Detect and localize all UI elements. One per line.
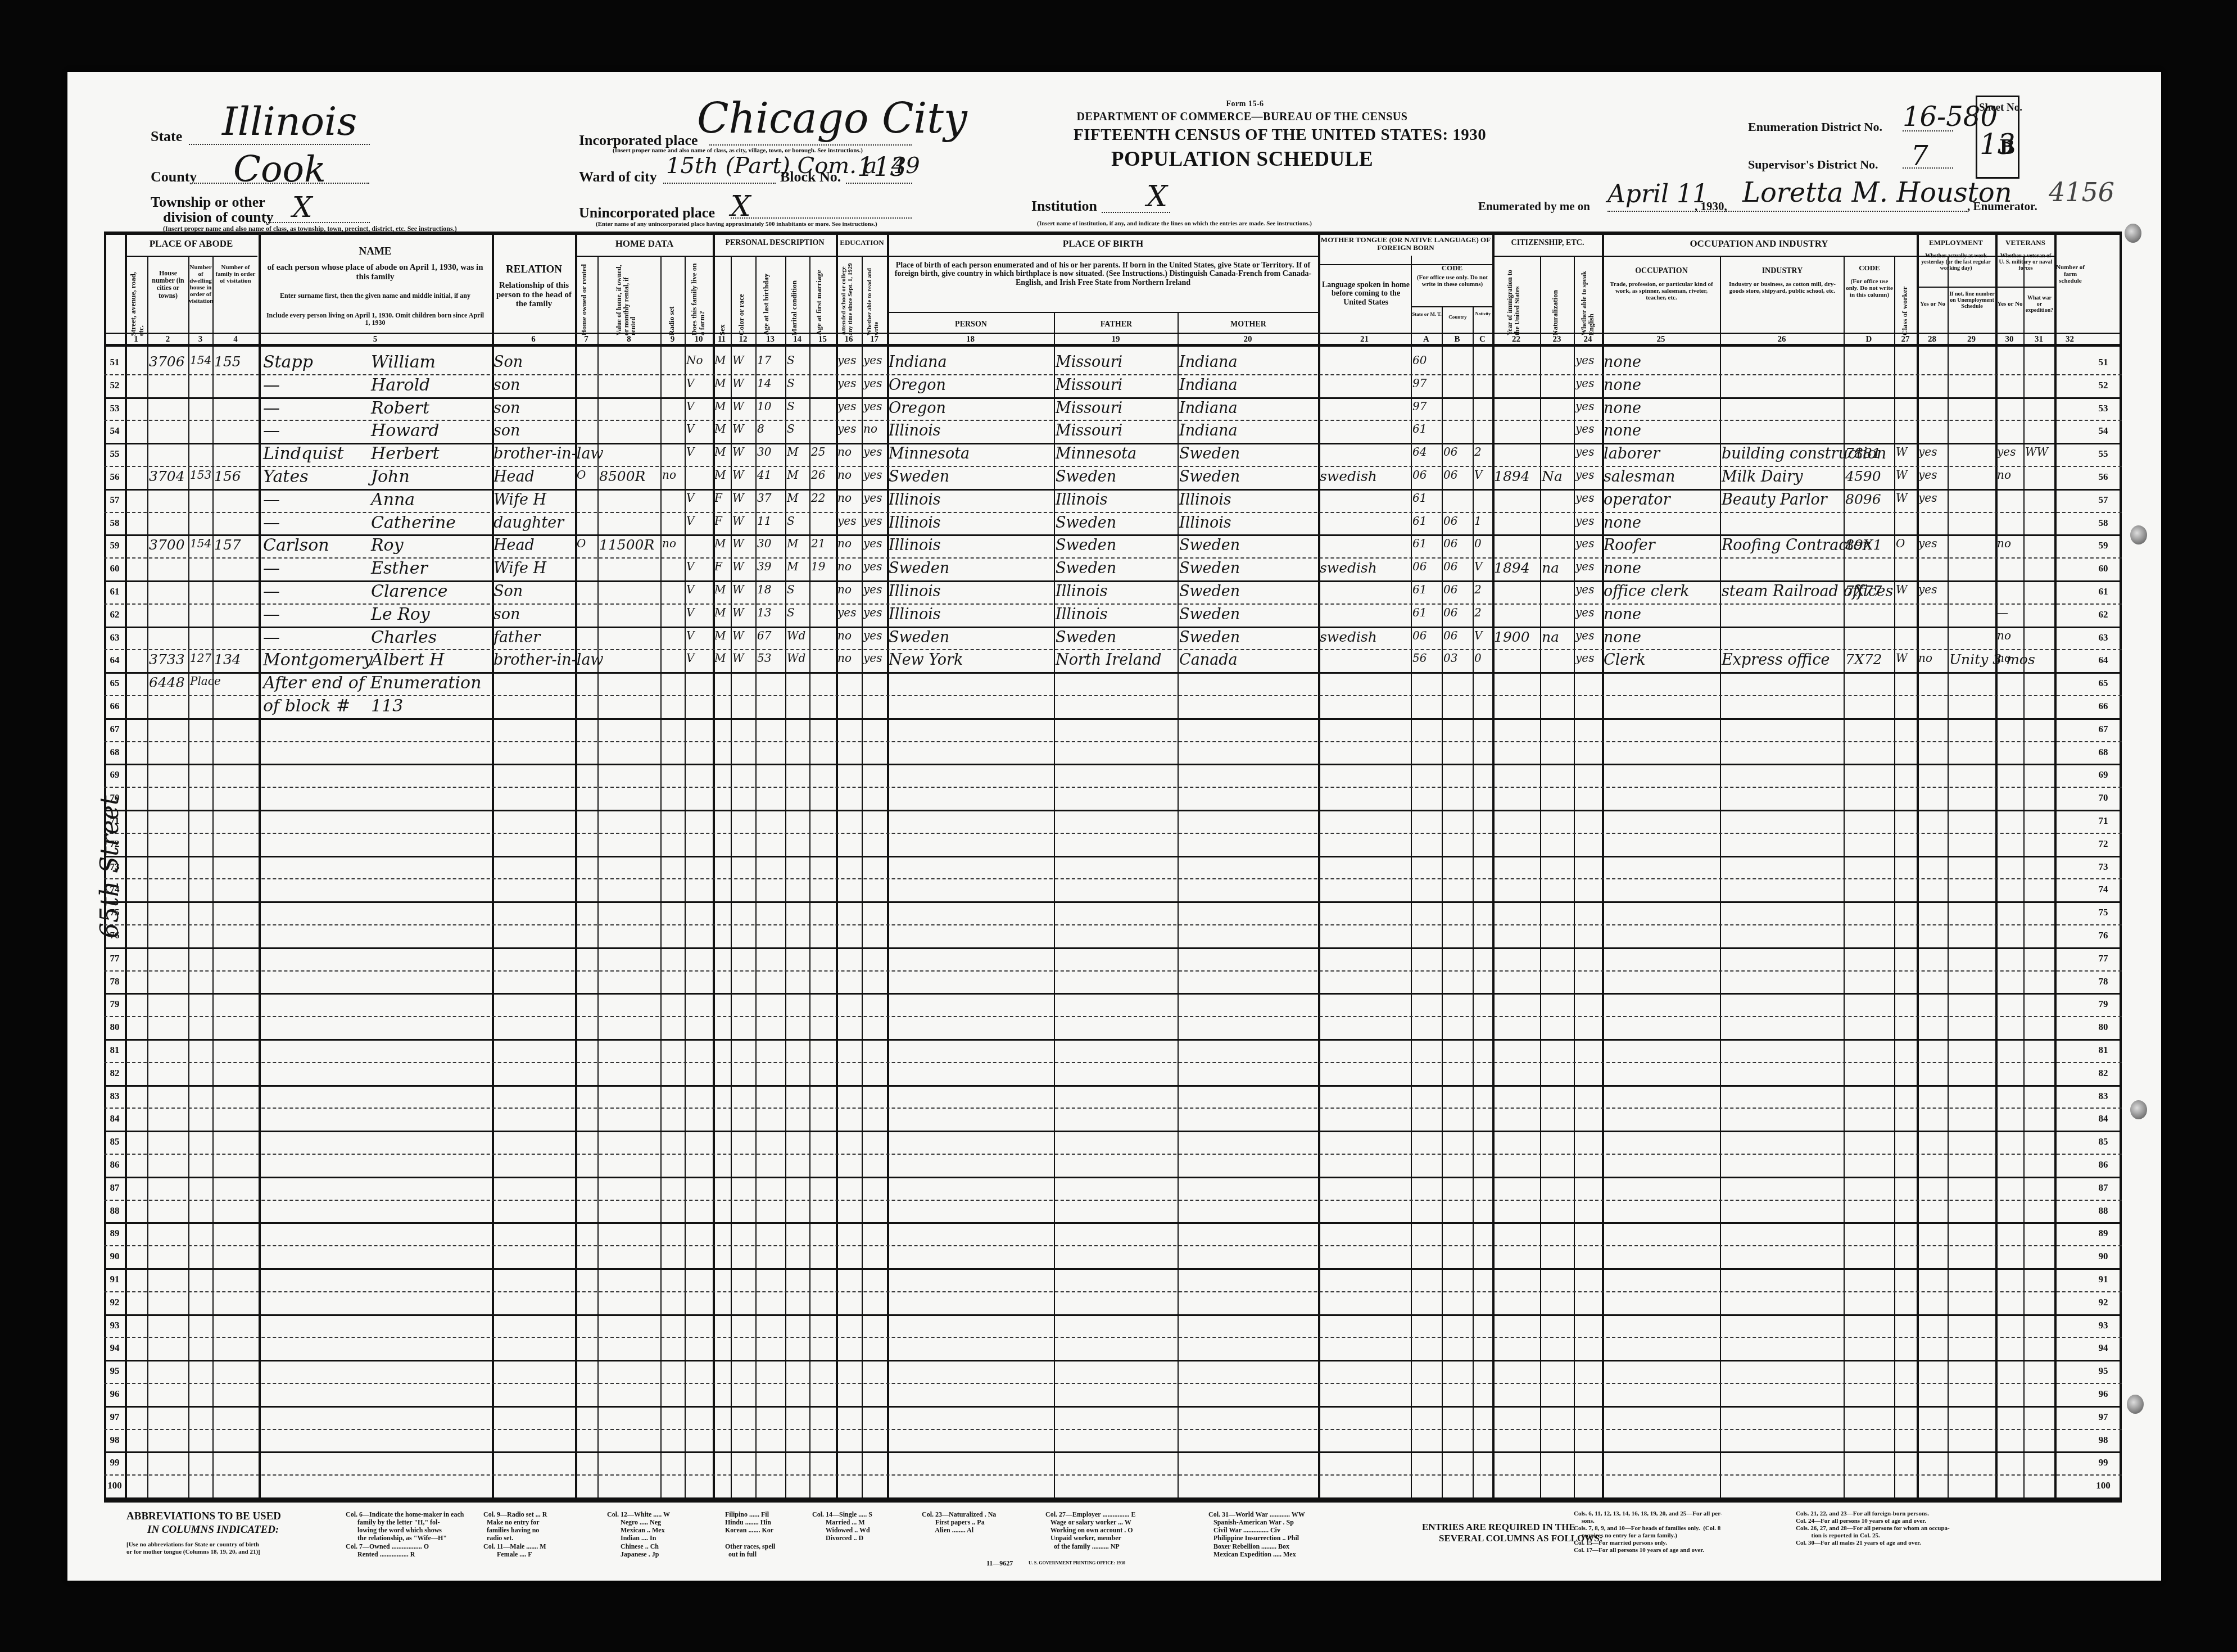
- cell-relation[interactable]: daughter: [493, 514, 564, 532]
- cell-sex[interactable]: F: [714, 514, 722, 528]
- cell-veteran[interactable]: no: [1997, 537, 2011, 550]
- cell-surname[interactable]: After end of Enumeration: [263, 673, 481, 693]
- cell-race[interactable]: W: [732, 422, 744, 435]
- county-value[interactable]: Cook: [233, 149, 326, 190]
- cell-codeC[interactable]: 2: [1474, 583, 1482, 596]
- cell-sex[interactable]: F: [714, 491, 722, 505]
- incorporated-value[interactable]: Chicago City: [697, 94, 967, 143]
- cell-age-marriage[interactable]: 22: [811, 491, 825, 505]
- cell-family[interactable]: 156: [214, 468, 241, 484]
- cell-given-name[interactable]: Clarence: [371, 582, 447, 601]
- cell-surname[interactable]: —: [263, 559, 280, 578]
- cell-read[interactable]: yes: [863, 376, 882, 390]
- cell-relation[interactable]: son: [493, 422, 520, 439]
- cell-age[interactable]: 30: [757, 537, 771, 550]
- cell-race[interactable]: W: [732, 400, 744, 413]
- cell-given-name[interactable]: Roy: [371, 535, 404, 555]
- cell-age[interactable]: 10: [757, 400, 771, 413]
- cell-given-name[interactable]: Charles: [371, 628, 437, 647]
- cell-sex[interactable]: M: [714, 606, 726, 619]
- cell-school[interactable]: no: [837, 651, 852, 665]
- cell-race[interactable]: W: [732, 468, 744, 482]
- cell-marital[interactable]: S: [787, 583, 795, 596]
- cell-pob-mother[interactable]: Indiana: [1179, 376, 1238, 394]
- cell-value[interactable]: 8500R: [599, 468, 645, 484]
- cell-pob-father[interactable]: Missouri: [1056, 353, 1122, 371]
- cell-age[interactable]: 18: [757, 583, 771, 596]
- cell-farm[interactable]: V: [686, 560, 694, 573]
- cell-marital[interactable]: M: [787, 560, 798, 573]
- cell-age[interactable]: 17: [757, 353, 771, 367]
- cell-relation[interactable]: Wife H: [493, 491, 546, 509]
- cell-language[interactable]: swedish: [1320, 468, 1377, 484]
- cell-pob-mother[interactable]: Sweden: [1179, 629, 1240, 646]
- cell-at-work[interactable]: yes: [1918, 445, 1937, 459]
- cell-pob-mother[interactable]: Sweden: [1179, 606, 1240, 623]
- cell-pob[interactable]: Illinois: [889, 422, 941, 439]
- cell-class[interactable]: W: [1896, 445, 1908, 459]
- cell-at-work[interactable]: yes: [1918, 537, 1937, 550]
- cell-read[interactable]: yes: [863, 583, 882, 596]
- cell-given-name[interactable]: Albert H: [371, 650, 444, 670]
- cell-english[interactable]: yes: [1575, 353, 1594, 367]
- cell-relation[interactable]: Son: [493, 353, 523, 371]
- cell-farm[interactable]: V: [686, 583, 694, 596]
- cell-immigration[interactable]: 1894: [1494, 560, 1530, 576]
- cell-read[interactable]: yes: [863, 400, 882, 413]
- cell-age[interactable]: 37: [757, 491, 771, 505]
- cell-read[interactable]: yes: [863, 445, 882, 459]
- cell-veteran[interactable]: no: [1997, 651, 2011, 665]
- cell-codeD[interactable]: 4590: [1845, 468, 1881, 484]
- cell-farm[interactable]: V: [686, 491, 694, 505]
- cell-pob[interactable]: Illinois: [889, 491, 941, 509]
- cell-given-name[interactable]: Le Roy: [371, 605, 430, 624]
- cell-english[interactable]: yes: [1575, 376, 1594, 390]
- cell-school[interactable]: no: [837, 468, 852, 482]
- cell-age[interactable]: 14: [757, 376, 771, 390]
- cell-class[interactable]: W: [1896, 468, 1908, 482]
- institution-value[interactable]: X: [1147, 180, 1167, 214]
- cell-pob[interactable]: Sweden: [889, 468, 949, 485]
- cell-school[interactable]: yes: [837, 353, 856, 367]
- cell-marital[interactable]: Wd: [787, 651, 805, 665]
- cell-occupation[interactable]: none: [1604, 400, 1641, 417]
- cell-surname[interactable]: of block #: [263, 696, 350, 716]
- cell-age[interactable]: 13: [757, 606, 771, 619]
- cell-race[interactable]: W: [732, 560, 744, 573]
- cell-relation[interactable]: father: [493, 629, 540, 646]
- cell-given-name[interactable]: Robert: [371, 398, 429, 418]
- supervisor-value[interactable]: 7: [1911, 140, 1928, 172]
- cell-surname[interactable]: —: [263, 490, 280, 510]
- cell-english[interactable]: yes: [1575, 400, 1594, 413]
- cell-codeD[interactable]: 7X77: [1845, 583, 1882, 599]
- cell-unemp-line[interactable]: Unity 3 mos: [1949, 651, 2035, 668]
- cell-occupation[interactable]: salesman: [1604, 468, 1676, 485]
- cell-codeC[interactable]: 1: [1474, 514, 1482, 528]
- cell-codeB[interactable]: 06: [1443, 537, 1457, 550]
- cell-english[interactable]: yes: [1575, 606, 1594, 619]
- cell-naturalization[interactable]: na: [1542, 629, 1559, 645]
- cell-relation[interactable]: Wife H: [493, 560, 546, 577]
- cell-read[interactable]: yes: [863, 514, 882, 528]
- cell-codeA[interactable]: 06: [1412, 560, 1427, 573]
- cell-surname[interactable]: —: [263, 513, 280, 533]
- cell-english[interactable]: yes: [1575, 491, 1594, 505]
- cell-pob-father[interactable]: Illinois: [1056, 583, 1108, 600]
- cell-sex[interactable]: F: [714, 560, 722, 573]
- cell-value[interactable]: 11500R: [599, 537, 654, 553]
- cell-pob[interactable]: Sweden: [889, 629, 949, 646]
- cell-surname[interactable]: Carlson: [263, 535, 329, 555]
- cell-age[interactable]: 11: [757, 514, 771, 528]
- cell-marital[interactable]: S: [787, 606, 795, 619]
- cell-pob-father[interactable]: Sweden: [1056, 468, 1116, 485]
- cell-codeC[interactable]: V: [1474, 560, 1482, 573]
- cell-marital[interactable]: S: [787, 376, 795, 390]
- cell-farm[interactable]: V: [686, 514, 694, 528]
- cell-given-name[interactable]: Catherine: [371, 513, 456, 533]
- cell-race[interactable]: W: [732, 537, 744, 550]
- cell-occupation[interactable]: office clerk: [1604, 583, 1690, 600]
- cell-surname[interactable]: —: [263, 421, 280, 441]
- cell-occupation[interactable]: none: [1604, 514, 1641, 532]
- cell-sex[interactable]: M: [714, 583, 726, 596]
- cell-codeD[interactable]: 8096: [1845, 491, 1881, 507]
- cell-house[interactable]: 3733: [149, 651, 185, 668]
- cell-pob-father[interactable]: Missouri: [1056, 400, 1122, 417]
- cell-sex[interactable]: M: [714, 651, 726, 665]
- cell-surname[interactable]: —: [263, 375, 280, 395]
- cell-pob-mother[interactable]: Sweden: [1179, 583, 1240, 600]
- cell-codeD[interactable]: 7X72: [1845, 651, 1882, 668]
- cell-pob-mother[interactable]: Illinois: [1179, 491, 1231, 509]
- block-value[interactable]: 113: [857, 152, 907, 182]
- cell-pob-mother[interactable]: Canada: [1179, 651, 1238, 669]
- cell-occupation[interactable]: none: [1604, 422, 1641, 439]
- cell-pob-mother[interactable]: Sweden: [1179, 468, 1240, 485]
- cell-pob-mother[interactable]: Indiana: [1179, 400, 1238, 417]
- cell-given-name[interactable]: John: [371, 467, 410, 487]
- cell-english[interactable]: yes: [1575, 629, 1594, 642]
- cell-marital[interactable]: M: [787, 445, 798, 459]
- cell-surname[interactable]: —: [263, 582, 280, 601]
- cell-read[interactable]: yes: [863, 353, 882, 367]
- cell-naturalization[interactable]: Na: [1542, 468, 1563, 484]
- cell-farm[interactable]: V: [686, 400, 694, 413]
- cell-english[interactable]: yes: [1575, 583, 1594, 596]
- cell-race[interactable]: W: [732, 651, 744, 665]
- cell-english[interactable]: yes: [1575, 445, 1594, 459]
- cell-immigration[interactable]: 1894: [1494, 468, 1530, 484]
- cell-pob-father[interactable]: Illinois: [1056, 491, 1108, 509]
- cell-school[interactable]: yes: [837, 606, 856, 619]
- cell-industry[interactable]: Beauty Parlor: [1722, 491, 1827, 509]
- cell-pob[interactable]: Oregon: [889, 376, 946, 394]
- cell-codeD[interactable]: 89X1: [1845, 537, 1882, 553]
- cell-pob[interactable]: Sweden: [889, 560, 949, 577]
- cell-family[interactable]: 134: [214, 651, 241, 668]
- cell-pob[interactable]: Illinois: [889, 537, 941, 554]
- cell-veteran[interactable]: no: [1997, 468, 2011, 482]
- cell-pob-father[interactable]: Illinois: [1056, 606, 1108, 623]
- cell-codeA[interactable]: 61: [1412, 514, 1427, 528]
- cell-age-marriage[interactable]: 19: [811, 560, 825, 573]
- cell-school[interactable]: yes: [837, 400, 856, 413]
- cell-codeB[interactable]: 06: [1443, 629, 1457, 642]
- cell-school[interactable]: yes: [837, 422, 856, 435]
- cell-pob[interactable]: Illinois: [889, 606, 941, 623]
- cell-read[interactable]: yes: [863, 537, 882, 550]
- cell-marital[interactable]: S: [787, 422, 795, 435]
- cell-marital[interactable]: S: [787, 400, 795, 413]
- enumerated-date[interactable]: April 11: [1607, 180, 1708, 208]
- cell-codeA[interactable]: 56: [1412, 651, 1427, 665]
- cell-given-name[interactable]: Anna: [371, 490, 415, 510]
- cell-surname[interactable]: Stapp: [263, 352, 313, 372]
- cell-veteran[interactable]: yes: [1997, 445, 2016, 459]
- cell-marital[interactable]: M: [787, 537, 798, 550]
- cell-given-name[interactable]: Esther: [371, 559, 428, 578]
- cell-sex[interactable]: M: [714, 629, 726, 642]
- cell-pob-father[interactable]: Sweden: [1056, 560, 1116, 577]
- cell-school[interactable]: no: [837, 583, 852, 596]
- cell-age[interactable]: 41: [757, 468, 771, 482]
- cell-pob[interactable]: Illinois: [889, 514, 941, 532]
- cell-dwelling[interactable]: 154: [190, 537, 211, 550]
- cell-relation[interactable]: son: [493, 400, 520, 417]
- township-value[interactable]: X: [292, 191, 313, 224]
- cell-age[interactable]: 53: [757, 651, 771, 665]
- cell-at-work[interactable]: yes: [1918, 468, 1937, 482]
- cell-pob-father[interactable]: Missouri: [1056, 422, 1122, 439]
- cell-relation[interactable]: Son: [493, 583, 523, 600]
- cell-race[interactable]: W: [732, 491, 744, 505]
- cell-codeB[interactable]: 06: [1443, 583, 1457, 596]
- cell-school[interactable]: no: [837, 629, 852, 642]
- cell-house[interactable]: 6448: [149, 674, 185, 691]
- cell-class[interactable]: O: [1896, 537, 1905, 550]
- cell-given-name[interactable]: Herbert: [371, 444, 440, 464]
- cell-occupation[interactable]: none: [1604, 606, 1641, 623]
- cell-marital[interactable]: M: [787, 468, 798, 482]
- cell-veteran[interactable]: —: [1997, 606, 2008, 619]
- cell-english[interactable]: yes: [1575, 468, 1594, 482]
- cell-age[interactable]: 8: [757, 422, 764, 435]
- cell-age-marriage[interactable]: 21: [811, 537, 825, 550]
- cell-occupation[interactable]: laborer: [1604, 445, 1660, 462]
- cell-english[interactable]: yes: [1575, 560, 1594, 573]
- cell-school[interactable]: no: [837, 445, 852, 459]
- cell-pob-father[interactable]: Minnesota: [1056, 445, 1136, 462]
- cell-farm[interactable]: V: [686, 606, 694, 619]
- cell-english[interactable]: yes: [1575, 422, 1594, 435]
- state-value[interactable]: Illinois: [222, 98, 357, 144]
- cell-occupation[interactable]: Roofer: [1604, 537, 1655, 554]
- cell-school[interactable]: yes: [837, 514, 856, 528]
- cell-at-work[interactable]: yes: [1918, 491, 1937, 505]
- cell-english[interactable]: yes: [1575, 651, 1594, 665]
- cell-codeC[interactable]: 2: [1474, 445, 1482, 459]
- cell-pob[interactable]: Illinois: [889, 583, 941, 600]
- cell-pob-mother[interactable]: Illinois: [1179, 514, 1231, 532]
- cell-pob[interactable]: Oregon: [889, 400, 946, 417]
- cell-pob[interactable]: Minnesota: [889, 445, 970, 462]
- cell-occupation[interactable]: Clerk: [1604, 651, 1646, 669]
- cell-surname[interactable]: —: [263, 605, 280, 624]
- cell-farm[interactable]: V: [686, 651, 694, 665]
- cell-codeA[interactable]: 97: [1412, 400, 1427, 413]
- cell-pob-father[interactable]: Sweden: [1056, 514, 1116, 532]
- cell-pob-mother[interactable]: Indiana: [1179, 422, 1238, 439]
- cell-naturalization[interactable]: na: [1542, 560, 1559, 576]
- cell-race[interactable]: W: [732, 606, 744, 619]
- cell-read[interactable]: yes: [863, 468, 882, 482]
- cell-codeA[interactable]: 06: [1412, 468, 1427, 482]
- cell-marital[interactable]: M: [787, 491, 798, 505]
- cell-school[interactable]: yes: [837, 376, 856, 390]
- cell-dwelling[interactable]: 127: [190, 651, 211, 665]
- cell-pob-mother[interactable]: Indiana: [1179, 353, 1238, 371]
- cell-industry[interactable]: Express office: [1722, 651, 1830, 669]
- cell-codeB[interactable]: 06: [1443, 514, 1457, 528]
- cell-dwelling[interactable]: 153: [190, 468, 211, 482]
- cell-age[interactable]: 30: [757, 445, 771, 459]
- cell-pob-father[interactable]: Missouri: [1056, 376, 1122, 394]
- cell-occupation[interactable]: none: [1604, 560, 1641, 577]
- cell-marital[interactable]: Wd: [787, 629, 805, 642]
- cell-surname[interactable]: Montgomery: [263, 650, 373, 670]
- cell-codeC[interactable]: 2: [1474, 606, 1482, 619]
- cell-age-marriage[interactable]: 25: [811, 445, 825, 459]
- cell-pob-mother[interactable]: Sweden: [1179, 445, 1240, 462]
- cell-class[interactable]: W: [1896, 583, 1908, 596]
- cell-codeC[interactable]: V: [1474, 629, 1482, 642]
- cell-war[interactable]: WW: [2025, 445, 2048, 459]
- cell-age-marriage[interactable]: 26: [811, 468, 825, 482]
- cell-race[interactable]: W: [732, 445, 744, 459]
- cell-codeA[interactable]: 61: [1412, 583, 1427, 596]
- cell-codeC[interactable]: V: [1474, 468, 1482, 482]
- cell-codeB[interactable]: 06: [1443, 445, 1457, 459]
- cell-farm[interactable]: V: [686, 376, 694, 390]
- cell-marital[interactable]: S: [787, 514, 795, 528]
- cell-occupation[interactable]: none: [1604, 376, 1641, 394]
- cell-class[interactable]: W: [1896, 651, 1908, 665]
- cell-codeA[interactable]: 61: [1412, 422, 1427, 435]
- cell-relation[interactable]: son: [493, 606, 520, 623]
- cell-school[interactable]: no: [837, 560, 852, 573]
- cell-codeB[interactable]: 06: [1443, 468, 1457, 482]
- cell-dwelling[interactable]: 154: [190, 353, 211, 367]
- cell-at-work[interactable]: yes: [1918, 583, 1937, 596]
- cell-language[interactable]: swedish: [1320, 629, 1377, 645]
- cell-sex[interactable]: M: [714, 445, 726, 459]
- cell-english[interactable]: yes: [1575, 514, 1594, 528]
- cell-school[interactable]: no: [837, 537, 852, 550]
- cell-family[interactable]: 155: [214, 353, 241, 370]
- cell-sex[interactable]: M: [714, 468, 726, 482]
- cell-given-name[interactable]: William: [371, 352, 436, 372]
- cell-codeA[interactable]: 64: [1412, 445, 1427, 459]
- cell-farm[interactable]: No: [686, 353, 703, 367]
- cell-relation[interactable]: Head: [493, 468, 535, 485]
- unincorporated-value[interactable]: X: [731, 190, 751, 223]
- cell-given-name[interactable]: 113: [371, 696, 403, 716]
- cell-surname[interactable]: —: [263, 628, 280, 647]
- cell-immigration[interactable]: 1900: [1494, 629, 1530, 645]
- cell-occupation[interactable]: operator: [1604, 491, 1670, 509]
- cell-read[interactable]: yes: [863, 491, 882, 505]
- cell-sex[interactable]: M: [714, 537, 726, 550]
- cell-sex[interactable]: M: [714, 422, 726, 435]
- cell-surname[interactable]: Yates: [263, 467, 309, 487]
- cell-sex[interactable]: M: [714, 376, 726, 390]
- cell-class[interactable]: W: [1896, 491, 1908, 505]
- cell-school[interactable]: no: [837, 491, 852, 505]
- cell-dwelling[interactable]: Place: [190, 674, 221, 688]
- cell-read[interactable]: no: [863, 422, 877, 435]
- cell-relation[interactable]: brother-in-law: [493, 651, 604, 669]
- cell-codeC[interactable]: 0: [1474, 651, 1482, 665]
- cell-relation[interactable]: Head: [493, 537, 535, 554]
- cell-surname[interactable]: Lindquist: [263, 444, 344, 464]
- cell-family[interactable]: 157: [214, 537, 241, 553]
- cell-codeA[interactable]: 61: [1412, 537, 1427, 550]
- cell-occupation[interactable]: none: [1604, 629, 1641, 646]
- cell-pob[interactable]: Indiana: [889, 353, 947, 371]
- cell-house[interactable]: 3704: [149, 468, 185, 484]
- cell-owned[interactable]: O: [577, 537, 586, 550]
- cell-veteran[interactable]: no: [1997, 629, 2011, 642]
- cell-age[interactable]: 67: [757, 629, 771, 642]
- cell-at-work[interactable]: no: [1918, 651, 1932, 665]
- cell-race[interactable]: W: [732, 629, 744, 642]
- cell-codeB[interactable]: 03: [1443, 651, 1457, 665]
- cell-english[interactable]: yes: [1575, 537, 1594, 550]
- cell-read[interactable]: yes: [863, 606, 882, 619]
- cell-read[interactable]: yes: [863, 629, 882, 642]
- cell-farm[interactable]: V: [686, 445, 694, 459]
- cell-codeA[interactable]: 60: [1412, 353, 1427, 367]
- cell-race[interactable]: W: [732, 514, 744, 528]
- cell-codeC[interactable]: 0: [1474, 537, 1482, 550]
- cell-marital[interactable]: S: [787, 353, 795, 367]
- cell-owned[interactable]: O: [577, 468, 586, 482]
- cell-pob[interactable]: New York: [889, 651, 963, 669]
- cell-age[interactable]: 39: [757, 560, 771, 573]
- cell-sex[interactable]: M: [714, 400, 726, 413]
- cell-house[interactable]: 3700: [149, 537, 185, 553]
- cell-pob-mother[interactable]: Sweden: [1179, 537, 1240, 554]
- cell-house[interactable]: 3706: [149, 353, 185, 370]
- cell-read[interactable]: yes: [863, 560, 882, 573]
- cell-relation[interactable]: brother-in-law: [493, 445, 604, 462]
- cell-industry[interactable]: Milk Dairy: [1722, 468, 1803, 485]
- cell-codeB[interactable]: 06: [1443, 606, 1457, 619]
- cell-codeD[interactable]: 7881: [1845, 445, 1881, 461]
- cell-race[interactable]: W: [732, 376, 744, 390]
- cell-given-name[interactable]: Harold: [371, 375, 430, 395]
- cell-codeB[interactable]: 06: [1443, 560, 1457, 573]
- cell-radio[interactable]: no: [662, 468, 676, 482]
- cell-farm[interactable]: V: [686, 422, 694, 435]
- cell-pob-father[interactable]: Sweden: [1056, 629, 1116, 646]
- cell-codeA[interactable]: 97: [1412, 376, 1427, 390]
- cell-given-name[interactable]: Howard: [371, 421, 439, 441]
- cell-read[interactable]: yes: [863, 651, 882, 665]
